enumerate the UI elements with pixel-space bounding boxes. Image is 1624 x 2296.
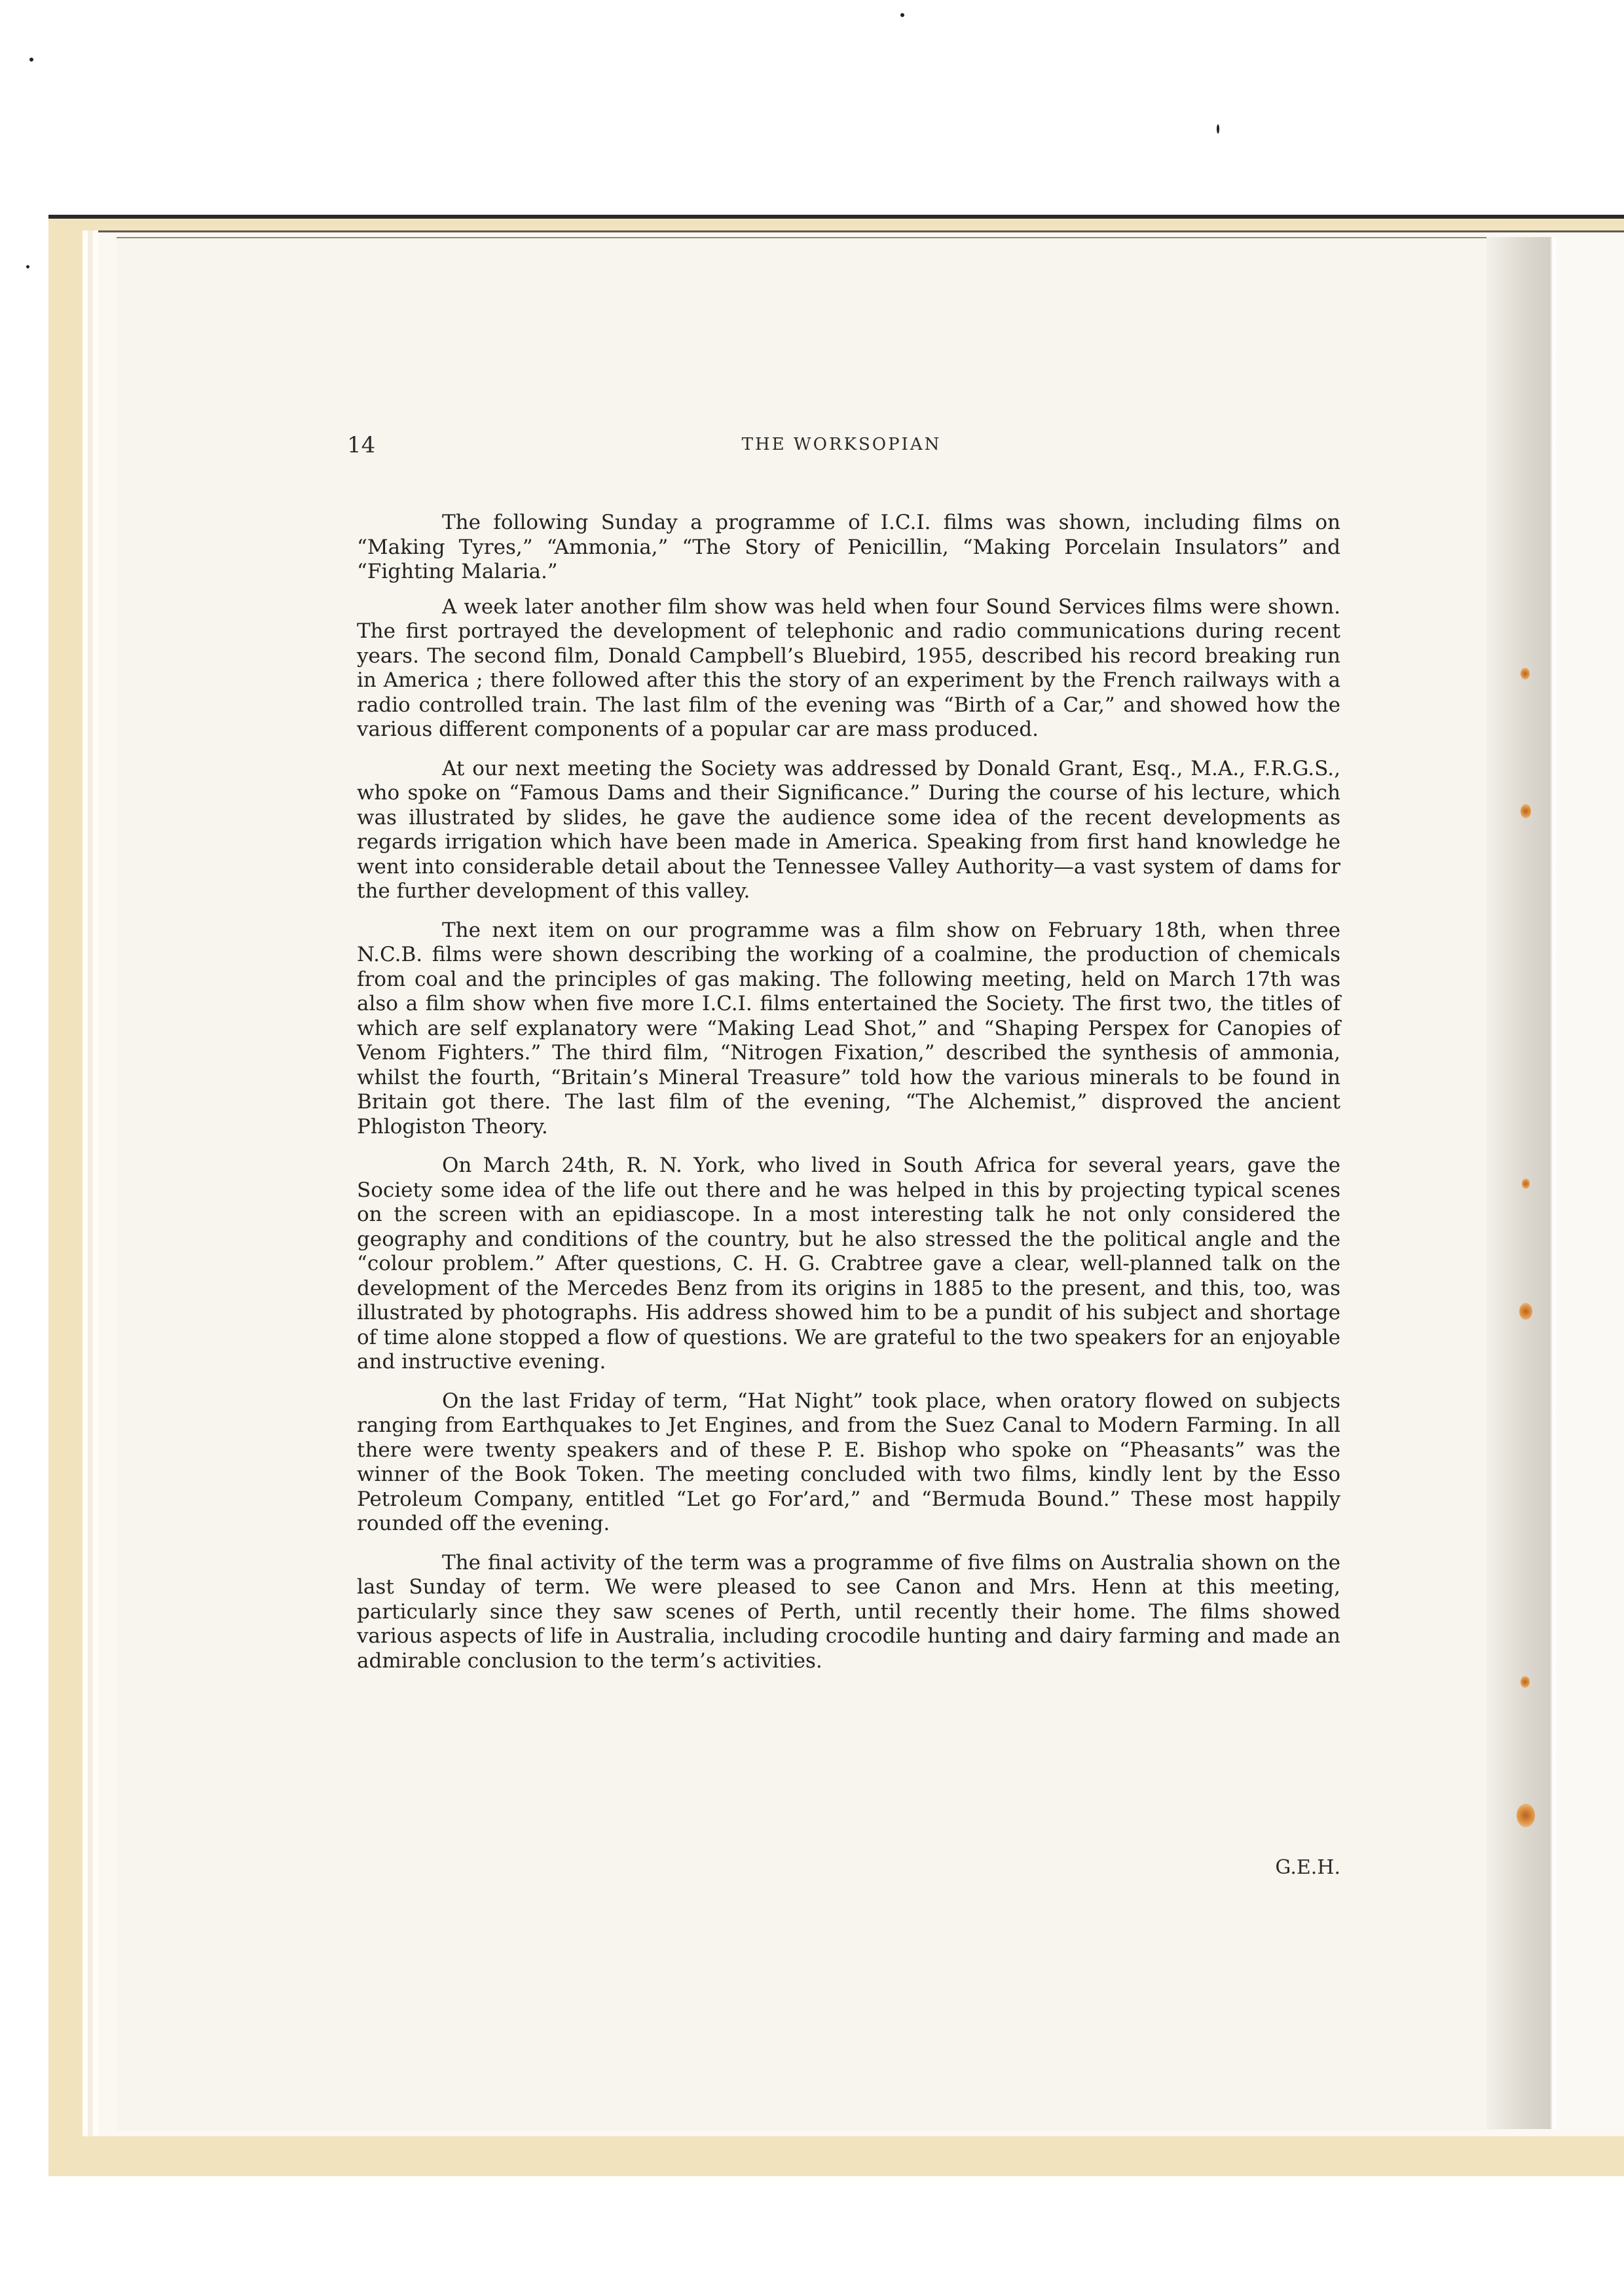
paragraph: On the last Friday of term, “Hat Night” …: [357, 1389, 1340, 1537]
page-header: 14 THE WORKSOPIAN: [347, 432, 1336, 465]
foxing-spot: [1521, 1676, 1530, 1688]
paragraph: The final activity of the term was a pro…: [357, 1551, 1340, 1674]
paragraph: The next item on our programme was a fil…: [357, 919, 1340, 1140]
running-title: THE WORKSOPIAN: [347, 435, 1336, 454]
scan-speck: [900, 13, 904, 17]
author-signature: G.E.H.: [357, 1856, 1340, 1879]
article-body: The following Sunday a programme of I.C.…: [357, 511, 1340, 1688]
foxing-spot: [1517, 1804, 1535, 1827]
scan-speck: [26, 265, 29, 268]
foxing-spot: [1519, 1303, 1532, 1320]
foxing-spot: [1522, 1178, 1530, 1189]
scan-speck: [1217, 124, 1219, 134]
paragraph: At our next meeting the Society was addr…: [357, 757, 1340, 904]
paragraph: A week later another film show was held …: [357, 595, 1340, 742]
foxing-spot: [1521, 668, 1530, 680]
paragraph: On March 24th, R. N. York, who lived in …: [357, 1154, 1340, 1375]
scan-speck: [29, 58, 33, 62]
paragraph: The following Sunday a programme of I.C.…: [357, 511, 1340, 585]
foxing-spot: [1521, 804, 1531, 818]
right-page-edge: [1559, 237, 1624, 2129]
